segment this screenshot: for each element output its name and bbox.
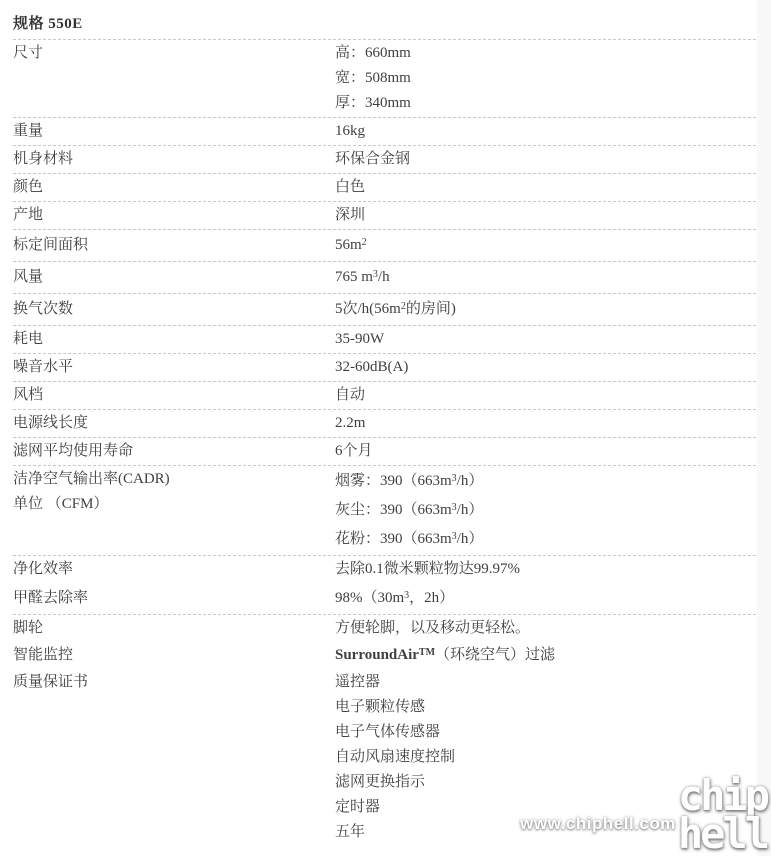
spec-label: 净化效率 — [13, 557, 335, 582]
spec-value: 白色 — [335, 175, 756, 200]
page-right-margin — [757, 0, 771, 856]
spec-value: 遥控器 — [335, 670, 756, 695]
spec-row: 风量765 m3/h — [13, 262, 756, 294]
spec-row: 滤网平均使用寿命6个月 — [13, 438, 756, 466]
spec-label: 颜色 — [13, 175, 335, 200]
spec-label: 质量保证书 — [13, 670, 335, 695]
spec-value: SurroundAirTM（环绕空气）过滤 — [335, 643, 756, 668]
spec-value: 自动 — [335, 383, 756, 408]
spec-value: 16kg — [335, 119, 756, 144]
spec-value: 滤网更换指示 — [335, 770, 756, 795]
spec-value: 方便轮脚，以及移动更轻松。 — [335, 616, 756, 641]
spec-value: 烟雾：390（663m3/h） — [335, 467, 756, 496]
spec-value: 宽：508mm — [335, 66, 756, 91]
spec-row: 风档自动 — [13, 382, 756, 410]
spec-label: 单位 （CFM） — [13, 492, 335, 517]
spec-value: 环保合金钢 — [335, 147, 756, 172]
spec-value: 灰尘：390（663m3/h） — [335, 496, 756, 525]
spec-value: 深圳 — [335, 203, 756, 228]
spec-label: 重量 — [13, 119, 335, 144]
spec-label: 电源线长度 — [13, 411, 335, 436]
spec-value: 98%（30m3，2h） — [335, 586, 756, 611]
spec-label: 标定间面积 — [13, 233, 335, 258]
spec-table: 规格 550E 尺寸高：660mm宽：508mm厚：340mm重量16kg机身材… — [13, 0, 756, 846]
spec-row: 噪音水平32-60dB(A) — [13, 354, 756, 382]
spec-row: 换气次数5次/h(56m2的房间) — [13, 294, 756, 326]
spec-row: 尺寸高：660mm宽：508mm厚：340mm — [13, 40, 756, 118]
spec-row: 质量保证书遥控器电子颗粒传感电子气体传感器自动风扇速度控制滤网更换指示定时器五年 — [13, 669, 756, 846]
spec-row: 耗电35-90W — [13, 326, 756, 354]
spec-label: 风量 — [13, 265, 335, 290]
spec-row: 产地深圳 — [13, 202, 756, 230]
spec-value: 去除0.1微米颗粒物达99.97% — [335, 557, 756, 582]
spec-row: 甲醛去除率98%（30m3，2h） — [13, 583, 756, 615]
spec-value: 厚：340mm — [335, 91, 756, 116]
spec-value: 五年 — [335, 820, 756, 845]
spec-row: 电源线长度2.2m — [13, 410, 756, 438]
spec-label: 风档 — [13, 383, 335, 408]
spec-value: 6个月 — [335, 439, 756, 464]
spec-row: 机身材料环保合金钢 — [13, 146, 756, 174]
spec-label: 智能监控 — [13, 643, 335, 668]
spec-label: 洁净空气输出率(CADR) — [13, 467, 335, 492]
spec-row: 智能监控SurroundAirTM（环绕空气）过滤 — [13, 642, 756, 669]
spec-value: 5次/h(56m2的房间) — [335, 297, 756, 322]
spec-row: 洁净空气输出率(CADR)单位 （CFM）烟雾：390（663m3/h）灰尘：3… — [13, 466, 756, 556]
spec-value: 56m2 — [335, 233, 756, 258]
spec-rows: 尺寸高：660mm宽：508mm厚：340mm重量16kg机身材料环保合金钢颜色… — [13, 40, 756, 846]
spec-value: 32-60dB(A) — [335, 355, 756, 380]
spec-label: 脚轮 — [13, 616, 335, 641]
spec-label: 耗电 — [13, 327, 335, 352]
spec-label: 噪音水平 — [13, 355, 335, 380]
spec-value: 765 m3/h — [335, 265, 756, 290]
spec-value: 花粉：390（663m3/h） — [335, 525, 756, 554]
spec-label: 换气次数 — [13, 297, 335, 322]
spec-value: 电子颗粒传感 — [335, 695, 756, 720]
spec-label: 尺寸 — [13, 41, 335, 66]
spec-value: 自动风扇速度控制 — [335, 745, 756, 770]
spec-label: 滤网平均使用寿命 — [13, 439, 335, 464]
spec-value: 高：660mm — [335, 41, 756, 66]
spec-row: 颜色白色 — [13, 174, 756, 202]
spec-row: 脚轮方便轮脚，以及移动更轻松。 — [13, 615, 756, 642]
spec-title: 规格 550E — [13, 0, 756, 40]
spec-value: 35-90W — [335, 327, 756, 352]
spec-value: 2.2m — [335, 411, 756, 436]
spec-value: 电子气体传感器 — [335, 720, 756, 745]
spec-value: 定时器 — [335, 795, 756, 820]
spec-label: 甲醛去除率 — [13, 586, 335, 611]
spec-label: 产地 — [13, 203, 335, 228]
spec-row: 标定间面积56m2 — [13, 230, 756, 262]
spec-row: 重量16kg — [13, 118, 756, 146]
spec-row: 净化效率去除0.1微米颗粒物达99.97% — [13, 556, 756, 583]
spec-label: 机身材料 — [13, 147, 335, 172]
